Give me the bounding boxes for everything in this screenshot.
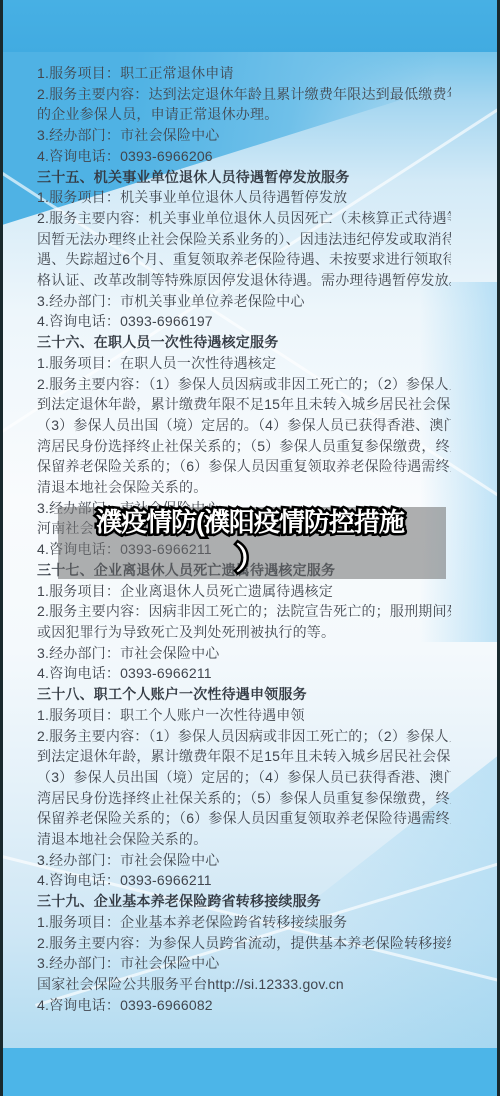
- section-heading: 三十七、企业离退休人员死亡遗属待遇核定服务: [37, 560, 451, 581]
- section-heading: 三十六、在职人员一次性待遇核定服务: [37, 332, 451, 353]
- section-body: 1.服务项目：职工正常退休申请 2.服务主要内容：达到法定退休年龄且累计缴费年限…: [37, 63, 451, 167]
- section-body: 1.服务项目：职工个人账户一次性待遇申领 2.服务主要内容：（1）参保人员因病或…: [37, 705, 451, 891]
- left-edge-bar: [0, 0, 3, 1096]
- section-body: 1.服务项目：企业基本养老保险跨省转移接续服务 2.服务主要内容：为参保人员跨省…: [37, 912, 451, 1016]
- bottom-banner: [0, 1048, 500, 1096]
- section-body: 1.服务项目：在职人员一次性待遇核定 2.服务主要内容：（1）参保人员因病或非因…: [37, 353, 451, 560]
- section-body: 1.服务项目：企业离退休人员死亡遗属待遇核定 2.服务主要内容：因病非因工死亡的…: [37, 581, 451, 685]
- section-heading: 三十八、职工个人账户一次性待遇申领服务: [37, 684, 451, 705]
- service-directory-text: 1.服务项目：职工正常退休申请 2.服务主要内容：达到法定退休年龄且累计缴费年限…: [37, 63, 451, 1015]
- poster: 1.服务项目：职工正常退休申请 2.服务主要内容：达到法定退休年龄且累计缴费年限…: [0, 0, 500, 1096]
- section-heading: 三十九、企业基本养老保险跨省转移接续服务: [37, 891, 451, 912]
- section-body: 1.服务项目：机关事业单位退休人员待遇暂停发放 2.服务主要内容：机关事业单位退…: [37, 187, 451, 332]
- top-banner: [0, 0, 500, 52]
- section-heading: 三十五、机关事业单位退休人员待遇暂停发放服务: [37, 167, 451, 188]
